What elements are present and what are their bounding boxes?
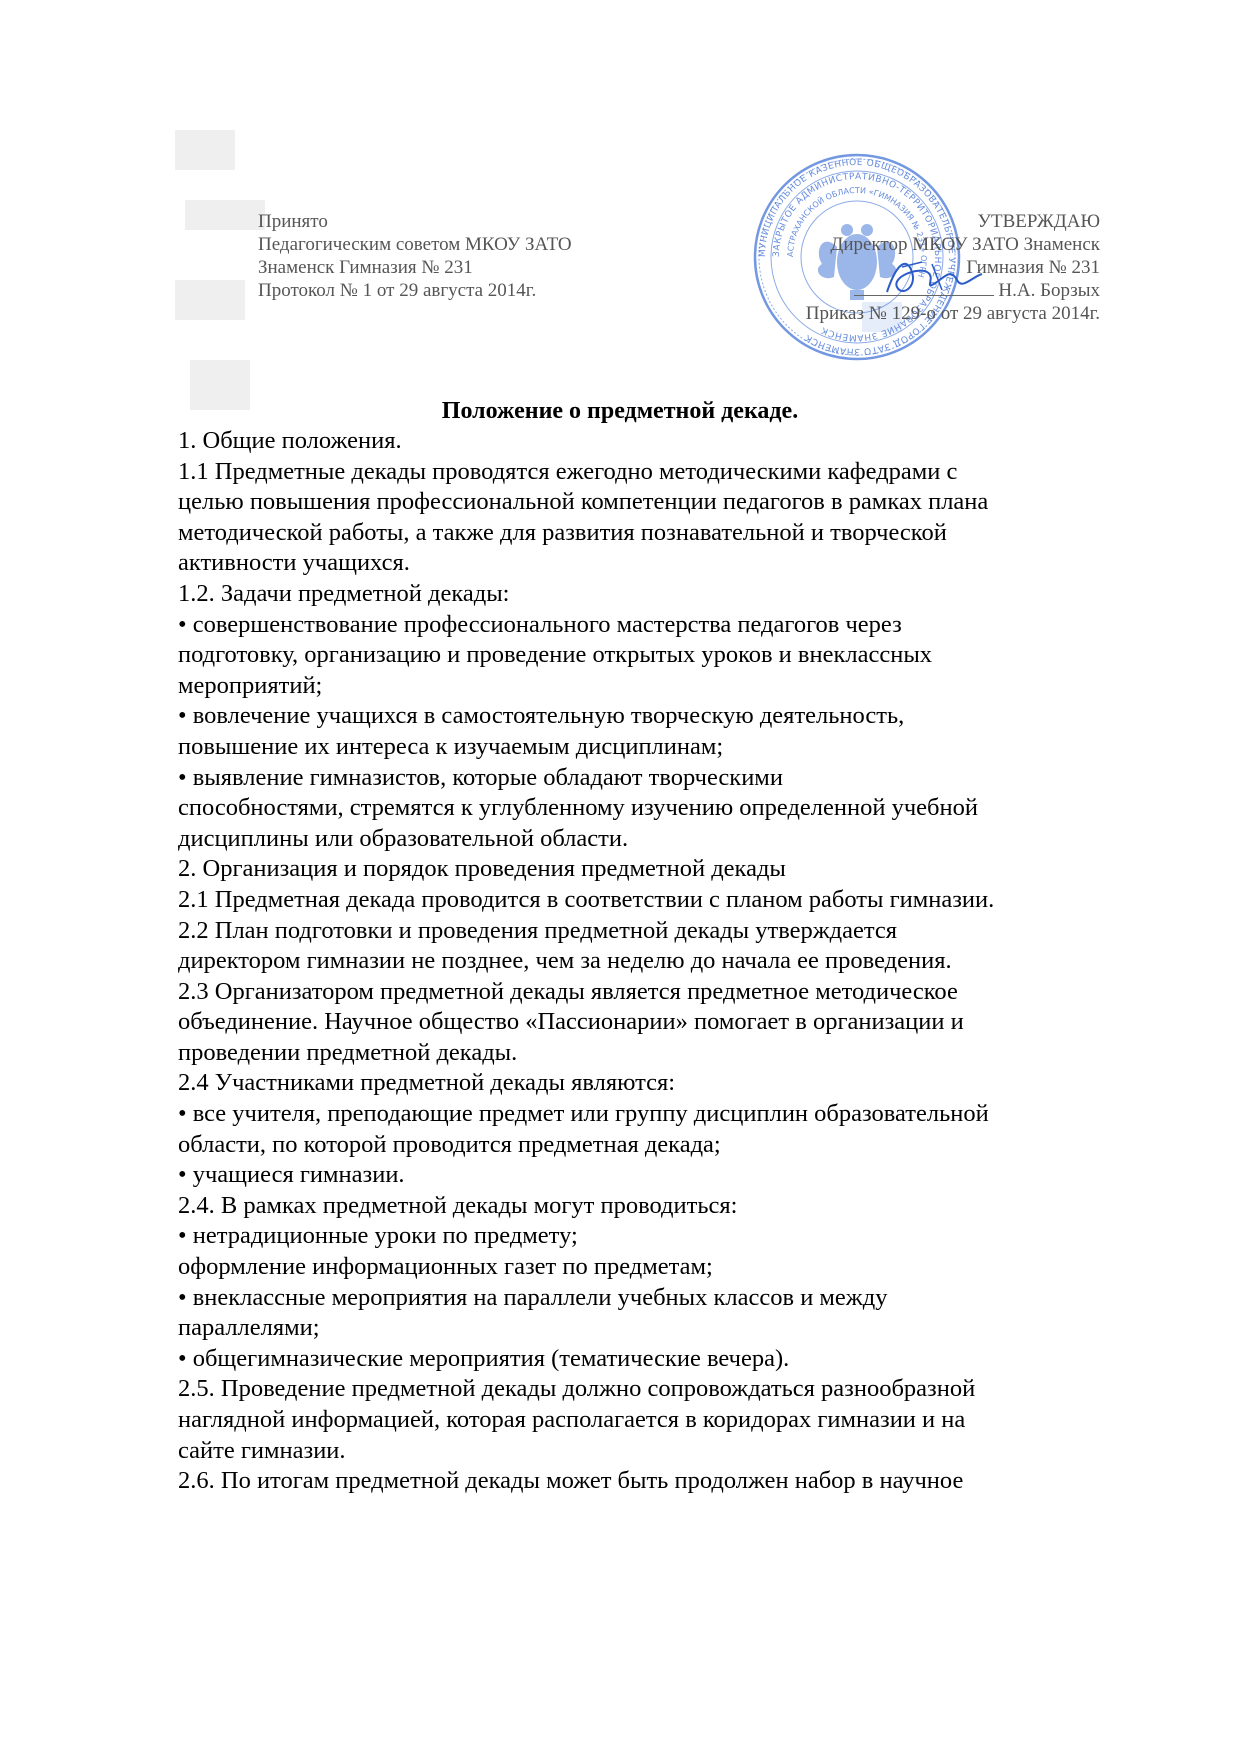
paragraph-line: 2.5. Проведение предметной декады должно… [178,1374,1158,1405]
paragraph-line: параллелями; [178,1313,1158,1344]
paragraph-line: оформление информационных газет по предм… [178,1252,1158,1283]
paragraph-line: области, по которой проводится предметна… [178,1130,1158,1161]
paragraph-line: активности учащихся. [178,548,1158,579]
paragraph-line: дисциплины или образовательной области. [178,824,1158,855]
subsection-heading: 2.4. В рамках предметной декады могут пр… [178,1191,1158,1222]
document-title: Положение о предметной декаде. [0,396,1240,426]
paragraph-line: мероприятий; [178,671,1158,702]
bullet-line: • все учителя, преподающие предмет или г… [178,1099,1158,1130]
accepted-block: Принято Педагогическим советом МКОУ ЗАТО… [258,210,572,302]
subsection-heading: 2.4 Участниками предметной декады являют… [178,1068,1158,1099]
bullet-line: • нетрадиционные уроки по предмету; [178,1221,1158,1252]
paragraph-line: сайте гимназии. [178,1436,1158,1467]
bullet-line: • выявление гимназистов, которые обладаю… [178,763,1158,794]
bullet-line: • учащиеся гимназии. [178,1160,1158,1191]
bullet-line: • вовлечение учащихся в самостоятельную … [178,701,1158,732]
subsection-heading: 1.2. Задачи предметной декады: [178,579,1158,610]
accepted-line: Педагогическим советом МКОУ ЗАТО [258,233,572,256]
paragraph-line: целью повышения профессиональной компете… [178,487,1158,518]
bullet-line: • общегимназические мероприятия (тематич… [178,1344,1158,1375]
approved-line: Приказ № 129-о от 29 августа 2014г. [806,302,1100,325]
accepted-line: Знаменск Гимназия № 231 [258,256,572,279]
handwritten-signature-icon [882,252,992,302]
document-body: 1. Общие положения. 1.1 Предметные декад… [178,426,1158,1497]
paragraph-line: проведении предметной декады. [178,1038,1158,1069]
accepted-line: Протокол № 1 от 29 августа 2014г. [258,279,572,302]
paragraph-line: 2.2 План подготовки и проведения предмет… [178,916,1158,947]
paragraph-line: наглядной информацией, которая располага… [178,1405,1158,1436]
bullet-line: • совершенствование профессионального ма… [178,610,1158,641]
paragraph-line: 2.3 Организатором предметной декады явля… [178,977,1158,1008]
paragraph-line: 1.1 Предметные декады проводятся ежегодн… [178,457,1158,488]
document-page: Принято Педагогическим советом МКОУ ЗАТО… [0,0,1240,1754]
paragraph-line: способностями, стремятся к углубленному … [178,793,1158,824]
section-heading: 1. Общие положения. [178,426,1158,457]
paragraph-line: директором гимназии не позднее, чем за н… [178,946,1158,977]
paragraph-line: повышение их интереса к изучаемым дисцип… [178,732,1158,763]
paragraph-line: 2.6. По итогам предметной декады может б… [178,1466,1158,1497]
section-heading: 2. Организация и порядок проведения пред… [178,854,1158,885]
paragraph-line: методической работы, а также для развити… [178,518,1158,549]
paragraph-line: подготовку, организацию и проведение отк… [178,640,1158,671]
accepted-line: Принято [258,210,572,233]
bullet-line: • внеклассные мероприятия на параллели у… [178,1283,1158,1314]
paragraph-line: объединение. Научное общество «Пассионар… [178,1007,1158,1038]
approved-line: УТВЕРЖДАЮ [806,210,1100,233]
paragraph-line: 2.1 Предметная декада проводится в соотв… [178,885,1158,916]
